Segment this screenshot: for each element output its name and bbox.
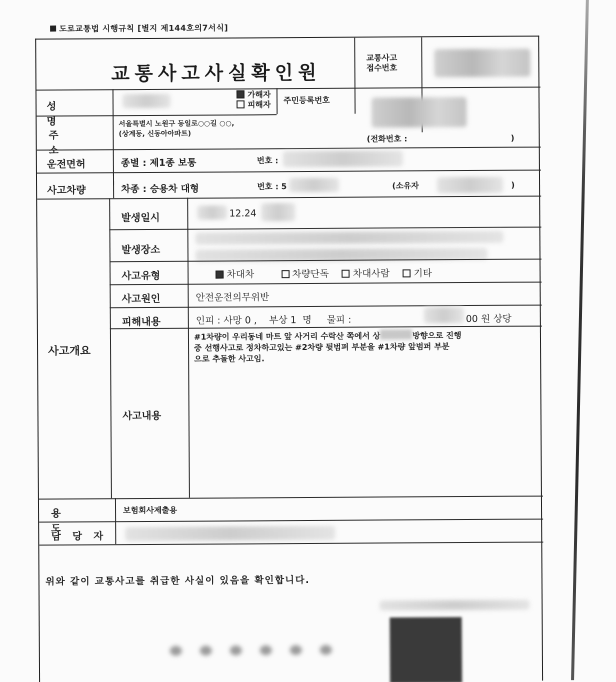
checkbox-empty-icon (403, 269, 411, 277)
owner-redacted (437, 177, 503, 193)
license-number-label: 번호 : (257, 156, 279, 166)
divider (110, 259, 542, 263)
content-label: 사고내용 (122, 407, 161, 422)
vehicle-type: 차종 : 승용차 대형 (121, 181, 199, 195)
overview-label: 사고개요 (48, 342, 91, 358)
accident-type-label: 사고유형 (122, 267, 161, 282)
officer-redacted (125, 526, 335, 541)
issue-date-redacted (380, 600, 530, 611)
datetime-year-redacted (197, 205, 227, 219)
type-option-single-vehicle[interactable]: 차량단독 (281, 269, 329, 280)
vehicle-label: 사고차량 (47, 181, 86, 196)
issuer-name-redacted (170, 640, 350, 660)
role-option-offender[interactable]: 가해자 (236, 90, 270, 100)
document-page: 도로교통법 시행규칙 [별지 제144호의7서식] 교통사고사실확인원 교통사고… (0, 0, 616, 682)
resident-number-redacted (372, 97, 467, 128)
role-options: 가해자 피해자 (236, 90, 270, 110)
divider (37, 114, 277, 116)
checkbox-checked-icon (236, 90, 244, 98)
divider (110, 305, 542, 309)
type-option-car-to-car[interactable]: 차대차 (216, 269, 255, 280)
vehicle-number-redacted (289, 178, 339, 192)
confirmation-text: 위와 같이 교통사고를 취급한 사실이 있음을 확인합니다. (45, 572, 310, 588)
license-label: 운전면허 (47, 155, 86, 170)
address-label: 주 소 (49, 126, 109, 156)
type-option-other[interactable]: 기타 (403, 268, 432, 279)
license-number-redacted (283, 150, 403, 167)
divider (113, 172, 114, 198)
cause-value: 안전운전의무위반 (196, 289, 270, 303)
receipt-label: 교통사고 접수번호 (366, 53, 397, 73)
location-redacted (195, 231, 503, 245)
damage-amount-redacted (424, 307, 464, 323)
content-redacted (380, 329, 412, 339)
datetime-label: 발생일시 (121, 209, 160, 224)
license-type: 종별 : 제1종 보통 (121, 155, 196, 169)
divider (187, 198, 190, 498)
name-label: 성 명 (47, 97, 107, 127)
owner-label: (소유자 (392, 181, 419, 191)
accident-type-options: 차대차 차량단독 차대사람 기타 (216, 265, 433, 280)
officer-label: 담 당 자 (51, 527, 107, 542)
damage-amount-suffix: 00 원 상당 (466, 311, 512, 325)
page-title: 교통사고사실확인원 (96, 58, 336, 86)
divider (109, 227, 541, 231)
checkbox-empty-icon (281, 270, 289, 278)
divider (354, 88, 355, 114)
divider (354, 38, 355, 88)
paper-edge (571, 0, 589, 680)
resident-number-label: 주민등록번호 (284, 96, 330, 106)
address-value: 서울특별시 노원구 동일로○○길 ○○, (상계동, 신동아아파트) (119, 118, 235, 139)
type-option-car-to-person[interactable]: 차대사람 (342, 269, 390, 280)
checkbox-empty-icon (237, 100, 245, 108)
phone-label: (전화번호 : (367, 134, 408, 144)
checkbox-checked-icon (216, 271, 224, 279)
receipt-number-redacted (434, 49, 530, 78)
cause-label: 사고원인 (122, 290, 161, 305)
location-label: 발생장소 (121, 241, 160, 256)
vehicle-number-label: 번호 : 5 (257, 182, 287, 192)
damage-label: 피해내용 (122, 313, 161, 328)
divider (109, 198, 112, 498)
checkbox-empty-icon (342, 270, 350, 278)
divider (112, 89, 114, 185)
form-table: 교통사고사실확인원 교통사고 접수번호 성 명 가해자 피해자 주민등록번호 주… (35, 36, 543, 682)
name-redacted (122, 94, 170, 108)
datetime-time-redacted (261, 203, 295, 221)
form-reference: 도로교통법 시행규칙 [별지 제144호의7서식] (50, 22, 228, 34)
datetime-value: 12.24 (229, 208, 256, 219)
bullet-square-icon (50, 26, 56, 32)
divider (110, 282, 542, 286)
role-option-victim[interactable]: 피해자 (237, 100, 271, 110)
divider (276, 88, 277, 114)
official-seal-redacted (390, 617, 462, 682)
damage-value: 인피 : 사망 0 , 부상 1 명 물피 : (196, 312, 352, 327)
content-text: #1차량이 우리동네 마트 앞 사거리 수락산 쪽에서 상방향으로 진행 중 선… (194, 329, 539, 365)
purpose-value: 보험회사제출용 (123, 506, 177, 516)
